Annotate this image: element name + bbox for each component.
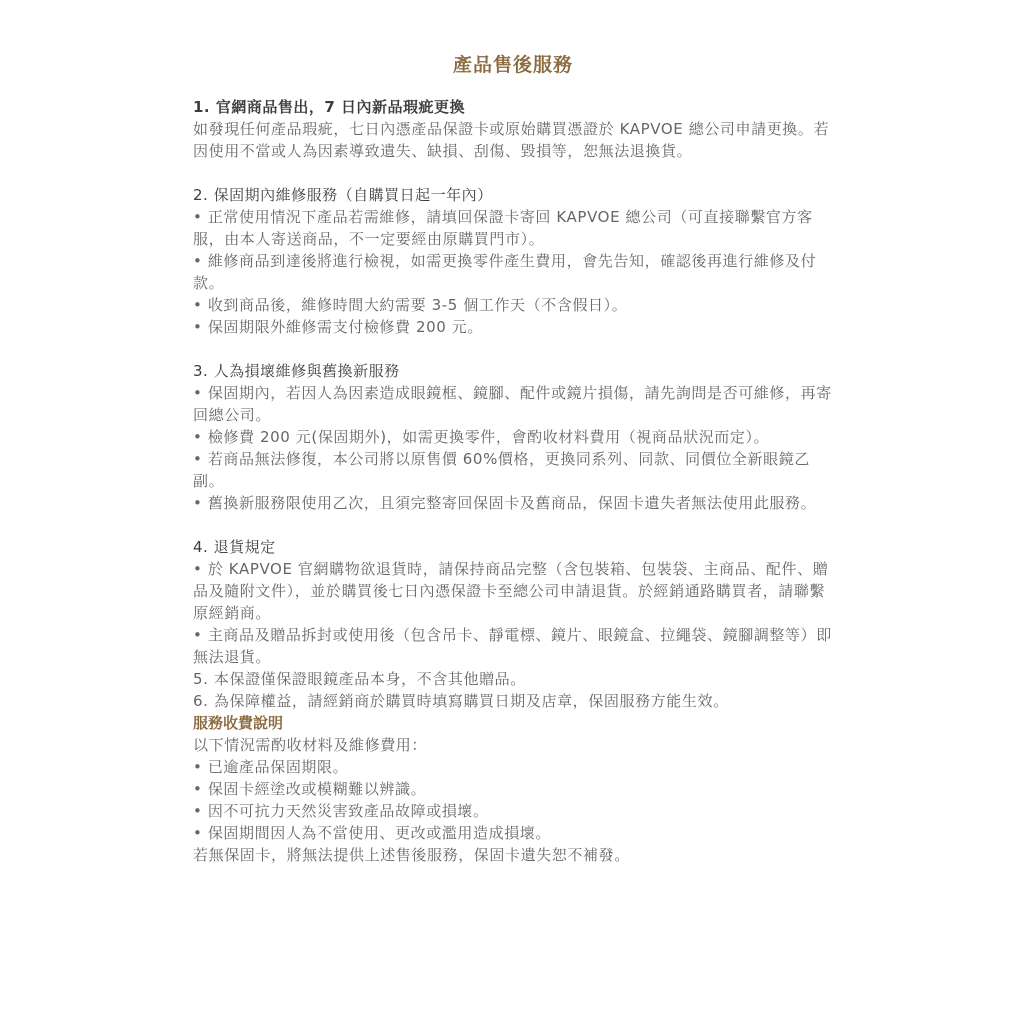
section-returns: 4. 退貨規定 • 於 KAPVOE 官網購物欲退貨時，請保持商品完整（含包裝箱… bbox=[193, 536, 833, 712]
bullet-item: • 保固期內，若因人為因素造成眼鏡框、鏡腳、配件或鏡片損傷，請先詢問是否可維修，… bbox=[193, 382, 833, 426]
section-fees: 服務收費說明 以下情況需酌收材料及維修費用： • 已逾產品保固期限。 • 保固卡… bbox=[193, 712, 833, 866]
bullet-item: • 舊換新服務限使用乙次，且須完整寄回保固卡及舊商品，保固卡遺失者無法使用此服務… bbox=[193, 492, 833, 514]
bullet-item: • 保固期限外維修需支付檢修費 200 元。 bbox=[193, 316, 833, 338]
section-heading: 1. 官網商品售出，7 日內新品瑕疵更換 bbox=[193, 96, 833, 118]
section-heading: 4. 退貨規定 bbox=[193, 536, 833, 558]
after-sales-document: 產品售後服務 1. 官網商品售出，7 日內新品瑕疵更換 如發現任何產品瑕疵，七日… bbox=[193, 52, 833, 888]
fee-item: • 保固期間因人為不當使用、更改或濫用造成損壞。 bbox=[193, 822, 833, 844]
note-item: 6. 為保障權益，請經銷商於購買時填寫購買日期及店章，保固服務方能生效。 bbox=[193, 690, 833, 712]
note-item: 5. 本保證僅保證眼鏡產品本身，不含其他贈品。 bbox=[193, 668, 833, 690]
page-title: 產品售後服務 bbox=[193, 52, 833, 78]
section-damage-repair: 3. 人為損壞維修與舊換新服務 • 保固期內，若因人為因素造成眼鏡框、鏡腳、配件… bbox=[193, 360, 833, 514]
section-warranty-repair: 2. 保固期內維修服務（自購買日起一年內） • 正常使用情況下產品若需維修，請填… bbox=[193, 184, 833, 338]
fee-item: • 保固卡經塗改或模糊難以辨識。 bbox=[193, 778, 833, 800]
fees-footer: 若無保固卡，將無法提供上述售後服務，保固卡遺失恕不補發。 bbox=[193, 844, 833, 866]
bullet-item: • 維修商品到達後將進行檢視，如需更換零件產生費用，會先告知，確認後再進行維修及… bbox=[193, 250, 833, 294]
fees-intro: 以下情況需酌收材料及維修費用： bbox=[193, 734, 833, 756]
bullet-item: • 檢修費 200 元(保固期外)，如需更換零件，會酌收材料費用（視商品狀況而定… bbox=[193, 426, 833, 448]
section-paragraph: 如發現任何產品瑕疵，七日內憑產品保證卡或原始購買憑證於 KAPVOE 總公司申請… bbox=[193, 118, 833, 162]
fees-heading: 服務收費說明 bbox=[193, 712, 833, 734]
bullet-item: • 若商品無法修復，本公司將以原售價 60%價格，更換同系列、同款、同價位全新眼… bbox=[193, 448, 833, 492]
bullet-item: • 主商品及贈品拆封或使用後（包含吊卡、靜電標、鏡片、眼鏡盒、拉繩袋、鏡腳調整等… bbox=[193, 624, 833, 668]
fee-item: • 已逾產品保固期限。 bbox=[193, 756, 833, 778]
bullet-item: • 收到商品後，維修時間大約需要 3-5 個工作天（不含假日）。 bbox=[193, 294, 833, 316]
section-heading: 2. 保固期內維修服務（自購買日起一年內） bbox=[193, 184, 833, 206]
fee-item: • 因不可抗力天然災害致產品故障或損壞。 bbox=[193, 800, 833, 822]
section-heading: 3. 人為損壞維修與舊換新服務 bbox=[193, 360, 833, 382]
section-exchange: 1. 官網商品售出，7 日內新品瑕疵更換 如發現任何產品瑕疵，七日內憑產品保證卡… bbox=[193, 96, 833, 162]
bullet-item: • 正常使用情況下產品若需維修，請填回保證卡寄回 KAPVOE 總公司（可直接聯… bbox=[193, 206, 833, 250]
bullet-item: • 於 KAPVOE 官網購物欲退貨時，請保持商品完整（含包裝箱、包裝袋、主商品… bbox=[193, 558, 833, 624]
